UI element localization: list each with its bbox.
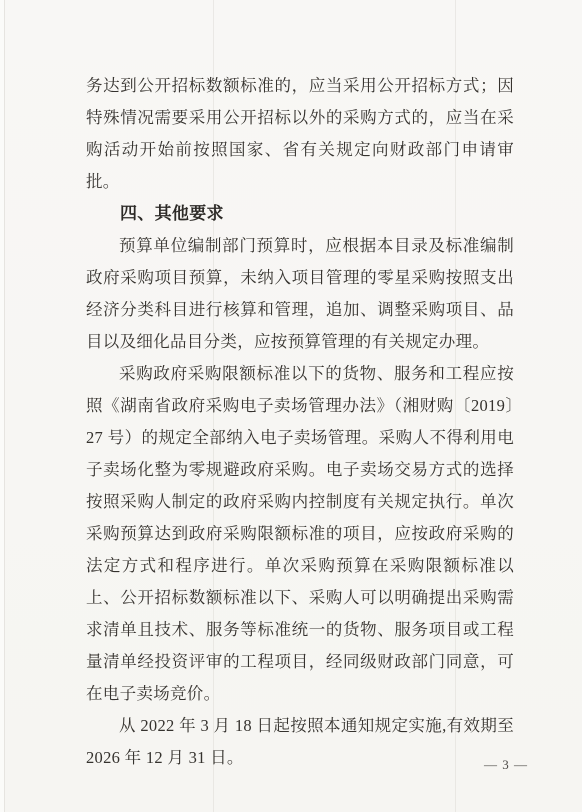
document-body: 务达到公开招标数额标准的，应当采用公开招标方式；因特殊情况需要采用公开招标以外的… (86, 70, 514, 774)
paragraph-emall-rules: 采购政府采购限额标准以下的货物、服务和工程应按照《湖南省政府采购电子卖场管理办法… (86, 358, 514, 710)
scan-edge-shadow (0, 0, 5, 812)
section-heading: 四、其他要求 (86, 198, 514, 230)
paragraph-continuation: 务达到公开招标数额标准的，应当采用公开招标方式；因特殊情况需要采用公开招标以外的… (86, 70, 514, 198)
paragraph-budget-rules: 预算单位编制部门预算时，应根据本目录及标准编制政府采购项目预算，未纳入项目管理的… (86, 230, 514, 358)
page-number: — 3 — (450, 757, 562, 773)
scanned-document-page: 务达到公开招标数额标准的，应当采用公开招标方式；因特殊情况需要采用公开招标以外的… (0, 0, 582, 812)
